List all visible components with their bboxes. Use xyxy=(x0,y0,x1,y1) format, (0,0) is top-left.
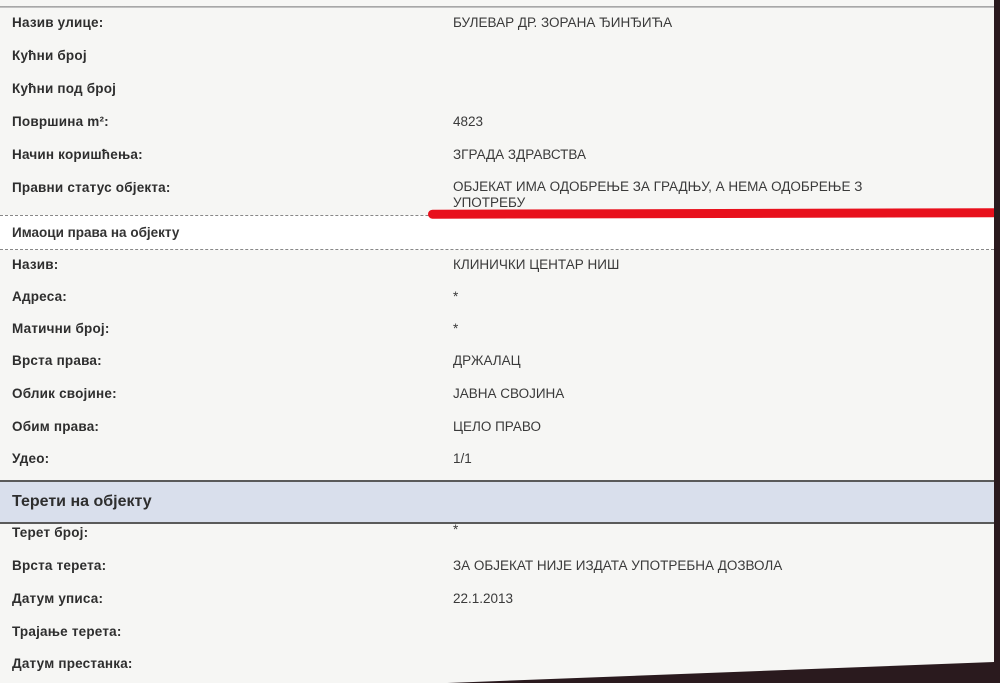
field-label: Површина m²: xyxy=(12,105,109,138)
row-owner-name: Назив: КЛИНИЧКИ ЦЕНТАР НИШ xyxy=(0,248,994,281)
row-house-subnumber: Кућни под број xyxy=(0,72,994,105)
section-title: Терети на објекту xyxy=(12,482,152,522)
field-label: Терет број: xyxy=(12,519,88,547)
field-label: Правни статус објекта: xyxy=(12,171,171,204)
legal-status-line1: ОБЈЕКАТ ИМА ОДОБРЕЊЕ ЗА ГРАДЊУ, А НЕМА О… xyxy=(453,179,862,194)
owners-section-header: Имаоци права на објекту xyxy=(0,215,994,250)
field-label: Врста права: xyxy=(12,344,102,377)
row-ownership-form: Облик својине: ЈАВНА СВОЈИНА xyxy=(0,377,994,410)
field-value: * xyxy=(453,312,458,345)
field-value: ЈАВНА СВОЈИНА xyxy=(453,377,564,410)
row-usage-type: Начин коришћења: ЗГРАДА ЗДРАВСТВА xyxy=(0,138,994,171)
row-encumbrance-type: Врста терета: ЗА ОБЈЕКАТ НИЈЕ ИЗДАТА УПО… xyxy=(0,549,994,582)
field-value: ДРЖАЛАЦ xyxy=(453,344,521,377)
field-value: БУЛЕВАР ДР. ЗОРАНА ЂИНЂИЋА xyxy=(453,6,672,39)
row-legal-status: Правни статус објекта: ОБЈЕКАТ ИМА ОДОБР… xyxy=(0,171,994,211)
field-label: Назив улице: xyxy=(12,6,103,39)
row-owner-registration-number: Матични број: * xyxy=(0,312,994,345)
row-street-name: Назив улице: БУЛЕВАР ДР. ЗОРАНА ЂИНЂИЋА xyxy=(0,6,994,39)
document-sheet: Назив улице: БУЛЕВАР ДР. ЗОРАНА ЂИНЂИЋА … xyxy=(0,0,994,683)
field-label: Врста терета: xyxy=(12,549,106,582)
row-encumbrance-duration: Трајање терета: xyxy=(0,615,994,648)
legal-status-line2: УПОТРЕБУ xyxy=(453,195,525,210)
field-label: Датум престанка: xyxy=(12,647,133,680)
row-house-number: Кућни број xyxy=(0,39,994,72)
field-label: Трајање терета: xyxy=(12,615,122,648)
row-encumbrance-number: Терет број: * xyxy=(0,519,994,547)
field-label: Удео: xyxy=(12,442,49,475)
field-label: Назив: xyxy=(12,248,58,281)
field-value: ОБЈЕКАТ ИМА ОДОБРЕЊЕ ЗА ГРАДЊУ, А НЕМА О… xyxy=(453,179,862,211)
row-share: Удео: 1/1 xyxy=(0,442,994,475)
section-title: Имаоци права на објекту xyxy=(12,216,179,249)
field-label: Облик својине: xyxy=(12,377,117,410)
field-label: Датум уписа: xyxy=(12,582,103,615)
field-value: ЦЕЛО ПРАВО xyxy=(453,410,541,443)
field-value: ЗА ОБЈЕКАТ НИЈЕ ИЗДАТА УПОТРЕБНА ДОЗВОЛА xyxy=(453,549,782,582)
row-entry-date: Датум уписа: 22.1.2013 xyxy=(0,582,994,615)
field-label: Кућни под број xyxy=(12,72,116,105)
field-label: Кућни број xyxy=(12,39,87,72)
field-label: Матични број: xyxy=(12,312,110,345)
red-underline-highlight xyxy=(428,208,998,218)
field-value: 22.1.2013 xyxy=(453,582,513,615)
field-value: * xyxy=(453,280,458,313)
field-label: Обим права: xyxy=(12,410,99,443)
field-value: * xyxy=(453,519,458,541)
row-termination-date: Датум престанка: xyxy=(0,647,994,680)
field-label: Начин коришћења: xyxy=(12,138,143,171)
row-right-type: Врста права: ДРЖАЛАЦ xyxy=(0,344,994,377)
row-scope-of-right: Обим права: ЦЕЛО ПРАВО xyxy=(0,410,994,443)
field-value: ЗГРАДА ЗДРАВСТВА xyxy=(453,138,586,171)
encumbrances-section-header: Терети на објекту xyxy=(0,480,994,524)
field-value: КЛИНИЧКИ ЦЕНТАР НИШ xyxy=(453,248,619,281)
field-value: 4823 xyxy=(453,105,483,138)
field-label: Адреса: xyxy=(12,280,67,313)
row-owner-address: Адреса: * xyxy=(0,280,994,313)
row-area: Површина m²: 4823 xyxy=(0,105,994,138)
field-value: 1/1 xyxy=(453,442,472,475)
